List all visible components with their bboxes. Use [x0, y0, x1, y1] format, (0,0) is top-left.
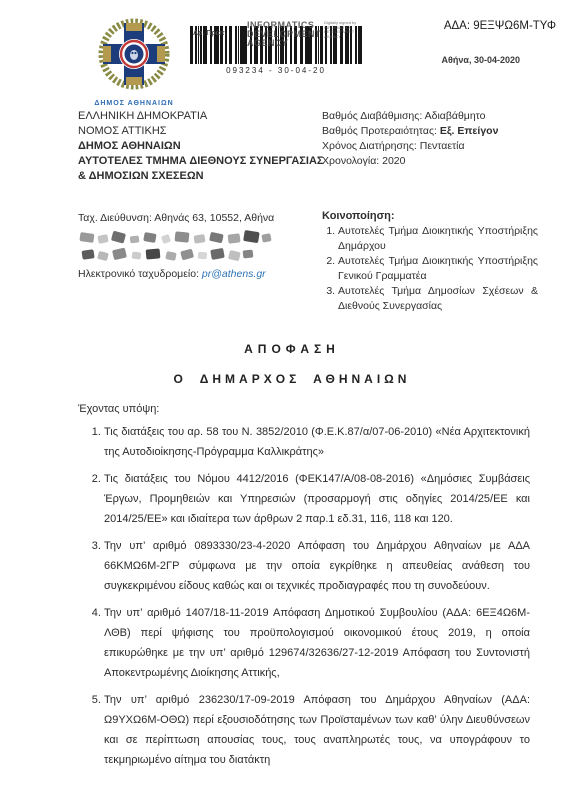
decision-title: ΑΠΟΦΑΣΗ [0, 342, 584, 356]
classification-value: Αδιαβάθμητο [425, 110, 486, 122]
logo-caption: ΔΗΜΟΣ ΑΘΗΝΑΙΩΝ [78, 100, 190, 107]
contact-block: Ταχ. Διεύθυνση: Αθηνάς 63, 10552, Αθήνα [78, 212, 330, 280]
email-line: Ηλεκτρονικό ταχυδρομείο: pr@athens.gr [78, 268, 330, 280]
decision-preamble: Έχοντας υπόψη: [78, 403, 159, 415]
sender-department-line1: ΑΥΤΟΤΕΛΕΣ ΤΜΗΜΑ ΔΙΕΘΝΟΥΣ ΣΥΝΕΡΓΑΣΙΑΣ [78, 154, 324, 169]
consideration-item: Την υπ’ αριθμό 1407/18-11-2019 Απόφαση Δ… [104, 603, 530, 683]
priority-label: Βαθμός Προτεραιότητας: [322, 125, 440, 137]
stamp-signature-note: Digitally signed by INFORMATICS DEVELOPM… [324, 21, 370, 39]
sender-department-line2: & ΔΗΜΟΣΙΩΝ ΣΧΕΣΕΩΝ [78, 169, 324, 184]
distribution-list: Αυτοτελές Τμήμα Διοικητικής Υποστήριξης … [322, 224, 538, 314]
consideration-item: Την υπ’ αριθμό 236230/17-09-2019 Απόφαση… [104, 690, 530, 770]
postal-address: Ταχ. Διεύθυνση: Αθηνάς 63, 10552, Αθήνα [78, 212, 330, 224]
priority-value: Εξ. Επείγον [440, 125, 499, 137]
considerations-list: Τις διατάξεις του αρ. 58 του Ν. 3852/201… [78, 422, 530, 770]
ada-number: ΑΔΑ: 9ΕΞΨΩ6Μ-ΤΥΦ [444, 20, 556, 32]
year-value: 2020 [382, 155, 405, 167]
distribution-item: Αυτοτελές Τμήμα Διοικητικής Υποστήριξης … [338, 254, 538, 284]
document-page: ΔΗΜΟΣ ΑΘΗΝΑΙΩΝ 093234 - 30-04-20 Αρ. Πρω… [0, 0, 584, 800]
year-line: Χρονολογία: 2020 [322, 154, 498, 169]
consideration-item: Τις διατάξεις του αρ. 58 του Ν. 3852/201… [104, 422, 530, 462]
municipality-emblem-icon [96, 16, 172, 92]
protocol-number-label: Αρ. Πρωτ. [193, 30, 226, 37]
redacted-contact-info [78, 230, 274, 264]
consideration-item: Την υπ’ αριθμό 0893330/23-4-2020 Απόφαση… [104, 536, 530, 596]
sender-block: ΕΛΛΗΝΙΚΗ ΔΗΜΟΚΡΑΤΙΑ ΝΟΜΟΣ ΑΤΤΙΚΗΣ ΔΗΜΟΣ … [78, 109, 324, 184]
distribution-item: Αυτοτελές Τμήμα Δημοσίων Σχέσεων & Διεθν… [338, 284, 538, 314]
year-label: Χρονολογία: [322, 155, 382, 167]
distribution-item: Αυτοτελές Τμήμα Διοικητικής Υποστήριξης … [338, 224, 538, 254]
sender-republic: ΕΛΛΗΝΙΚΗ ΔΗΜΟΚΡΑΤΙΑ [78, 109, 324, 124]
distribution-title: Κοινοποίηση: [322, 210, 538, 222]
document-metadata: Βαθμός Διαβάθμισης: Αδιαβάθμητο Βαθμός Π… [322, 109, 498, 169]
email-link[interactable]: pr@athens.gr [202, 268, 266, 280]
retention-label: Χρόνος Διατήρησης: [322, 140, 420, 152]
digital-signature-stamp: INFORMATICS DEVELOPMENT AGENCY Digitally… [247, 21, 370, 48]
athens-municipality-logo: ΔΗΜΟΣ ΑΘΗΝΑΙΩΝ [78, 16, 190, 107]
priority-line: Βαθμός Προτεραιότητας: Εξ. Επείγον [322, 124, 498, 139]
decision-subtitle: Ο ΔΗΜΑΡΧΟΣ ΑΘΗΝΑΙΩΝ [0, 372, 584, 386]
distribution-block: Κοινοποίηση: Αυτοτελές Τμήμα Διοικητικής… [322, 210, 538, 314]
place-and-date: Αθήνα, 30-04-2020 [442, 55, 520, 65]
sender-prefecture: ΝΟΜΟΣ ΑΤΤΙΚΗΣ [78, 124, 324, 139]
email-label: Ηλεκτρονικό ταχυδρομείο: [78, 268, 202, 280]
retention-value: Πενταετία [420, 140, 465, 152]
considerations-section: Τις διατάξεις του αρ. 58 του Ν. 3852/201… [78, 422, 530, 777]
classification-line: Βαθμός Διαβάθμισης: Αδιαβάθμητο [322, 109, 498, 124]
retention-line: Χρόνος Διατήρησης: Πενταετία [322, 139, 498, 154]
sender-municipality: ΔΗΜΟΣ ΑΘΗΝΑΙΩΝ [78, 139, 324, 154]
consideration-item: Τις διατάξεις του Νόμου 4412/2016 (ΦΕΚ14… [104, 469, 530, 529]
classification-label: Βαθμός Διαβάθμισης: [322, 110, 425, 122]
barcode-number: 093234 - 30-04-20 [190, 66, 362, 75]
stamp-agency-name: INFORMATICS DEVELOPMENT AGENCY [247, 21, 321, 48]
